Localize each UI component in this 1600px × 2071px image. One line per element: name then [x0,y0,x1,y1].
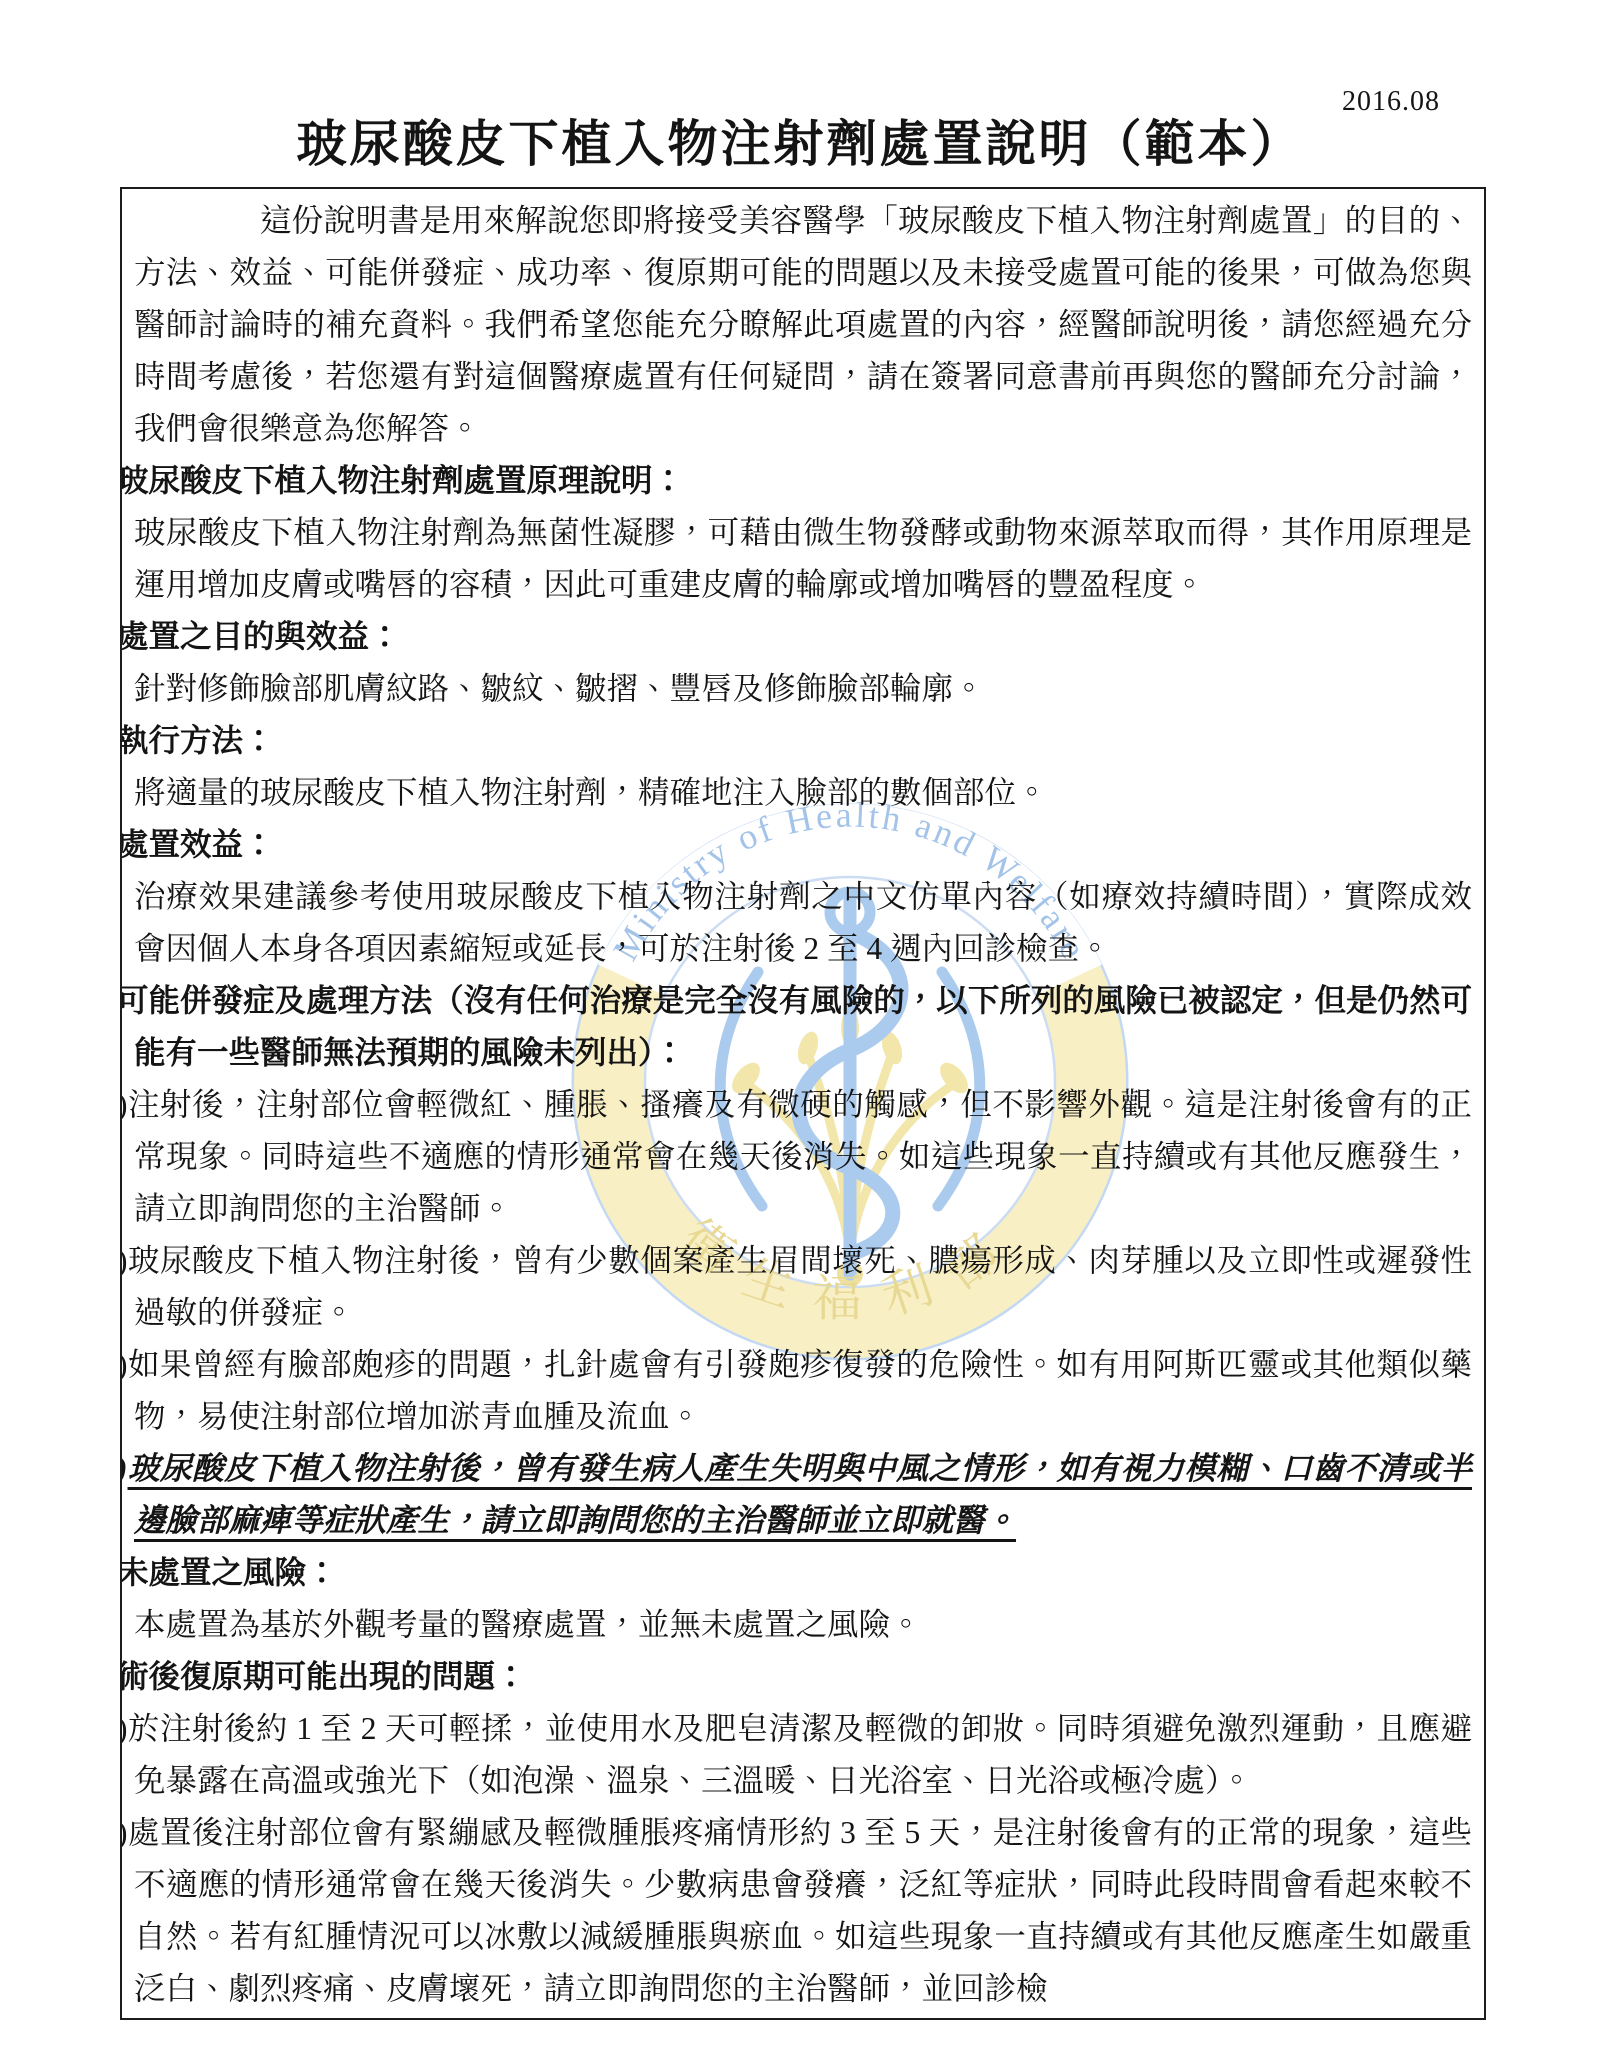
list-item: (三)如果曾經有臉部皰疹的問題，扎針處會有引發皰疹復發的危險性。如有用阿斯匹靈或… [134,1339,1472,1443]
list-item-marker: (四) [120,1451,128,1486]
list-item: (一)注射後，注射部位會輕微紅、腫脹、搔癢及有微硬的觸感，但不影響外觀。這是注射… [134,1079,1472,1235]
section-body-paragraph: 玻尿酸皮下植入物注射劑為無菌性凝膠，可藉由微生物發酵或動物來源萃取而得，其作用原… [134,507,1472,611]
section: 二、處置之目的與效益：針對修飾臉部肌膚紋路、皺紋、皺摺、豐唇及修飾臉部輪廓。 [134,611,1472,715]
section: 三、執行方法：將適量的玻尿酸皮下植入物注射劑，精確地注入臉部的數個部位。 [134,715,1472,819]
section-title: 處置之目的與效益： [120,619,401,654]
section-title: 處置效益： [120,827,275,862]
page-title: 玻尿酸皮下植入物注射劑處置說明（範本） [0,104,1600,176]
document-page: 2016.08 玻尿酸皮下植入物注射劑處置說明（範本） [0,0,1600,2071]
list-item: (二)玻尿酸皮下植入物注射後，曾有少數個案產生眉間壞死、膿瘍形成、肉芽腫以及立即… [134,1235,1472,1339]
section-heading: 五、可能併發症及處理方法（沒有任何治療是完全沒有風險的，以下所列的風險已被認定，… [134,975,1472,1079]
list-item: (四)玻尿酸皮下植入物注射後，曾有發生病人產生失明與中風之情形，如有視力模糊、口… [134,1443,1472,1547]
section-heading: 四、處置效益： [134,819,1472,871]
list-item-marker: (一) [120,1087,128,1122]
section-title: 可能併發症及處理方法（沒有任何治療是完全沒有風險的，以下所列的風險已被認定，但是… [120,983,1472,1070]
sections-container: 一、玻尿酸皮下植入物注射劑處置原理說明：玻尿酸皮下植入物注射劑為無菌性凝膠，可藉… [134,455,1472,2015]
list-item: (一)於注射後約 1 至 2 天可輕揉，並使用水及肥皂清潔及輕微的卸妝。同時須避… [134,1703,1472,1807]
section: 七、術後復原期可能出現的問題：(一)於注射後約 1 至 2 天可輕揉，並使用水及… [134,1651,1472,2015]
section-body-paragraph: 治療效果建議參考使用玻尿酸皮下植入物注射劑之中文仿單內容（如療效持續時間），實際… [134,871,1472,975]
list-item-text: 注射後，注射部位會輕微紅、腫脹、搔癢及有微硬的觸感，但不影響外觀。這是注射後會有… [128,1087,1472,1226]
content-box: Ministry of Health and Welfare 衛生福利部 這份說… [120,187,1486,2020]
intro-paragraph: 這份說明書是用來解說您即將接受美容醫學「玻尿酸皮下植入物注射劑處置」的目的、方法… [134,195,1472,455]
section-heading: 二、處置之目的與效益： [134,611,1472,663]
list-item-text: 於注射後約 1 至 2 天可輕揉，並使用水及肥皂清潔及輕微的卸妝。同時須避免激烈… [127,1711,1472,1798]
section-heading: 七、術後復原期可能出現的問題： [134,1651,1472,1703]
section-body-paragraph: 本處置為基於外觀考量的醫療處置，並無未處置之風險。 [134,1599,1472,1651]
section-heading: 六、未處置之風險： [134,1547,1472,1599]
section: 一、玻尿酸皮下植入物注射劑處置原理說明：玻尿酸皮下植入物注射劑為無菌性凝膠，可藉… [134,455,1472,611]
section-title: 玻尿酸皮下植入物注射劑處置原理說明： [120,463,684,498]
list-item: (二)處置後注射部位會有緊繃感及輕微腫脹疼痛情形約 3 至 5 天，是注射後會有… [134,1807,1472,2015]
section: 六、未處置之風險：本處置為基於外觀考量的醫療處置，並無未處置之風險。 [134,1547,1472,1651]
list-item-marker: (二) [120,1243,128,1278]
document-body: 這份說明書是用來解說您即將接受美容醫學「玻尿酸皮下植入物注射劑處置」的目的、方法… [122,189,1484,2015]
section-heading: 一、玻尿酸皮下植入物注射劑處置原理說明： [134,455,1472,507]
section-heading: 三、執行方法： [134,715,1472,767]
section-title: 未處置之風險： [120,1555,338,1590]
section-title: 執行方法： [120,723,275,758]
list-item-text: 處置後注射部位會有緊繃感及輕微腫脹疼痛情形約 3 至 5 天，是注射後會有的正常… [127,1815,1472,2006]
section-title: 術後復原期可能出現的問題： [120,1659,527,1694]
section-body-paragraph: 將適量的玻尿酸皮下植入物注射劑，精確地注入臉部的數個部位。 [134,767,1472,819]
list-item-text: 玻尿酸皮下植入物注射後，曾有少數個案產生眉間壞死、膿瘍形成、肉芽腫以及立即性或遲… [128,1243,1472,1330]
list-item-text: 如果曾經有臉部皰疹的問題，扎針處會有引發皰疹復發的危險性。如有用阿斯匹靈或其他類… [128,1347,1472,1434]
list-item-marker: (三) [120,1347,128,1382]
section-body-paragraph: 針對修飾臉部肌膚紋路、皺紋、皺摺、豐唇及修飾臉部輪廓。 [134,663,1472,715]
section: 五、可能併發症及處理方法（沒有任何治療是完全沒有風險的，以下所列的風險已被認定，… [134,975,1472,1547]
list-item-text: 玻尿酸皮下植入物注射後，曾有發生病人產生失明與中風之情形，如有視力模糊、口齒不清… [128,1451,1472,1538]
section: 四、處置效益：治療效果建議參考使用玻尿酸皮下植入物注射劑之中文仿單內容（如療效持… [134,819,1472,975]
